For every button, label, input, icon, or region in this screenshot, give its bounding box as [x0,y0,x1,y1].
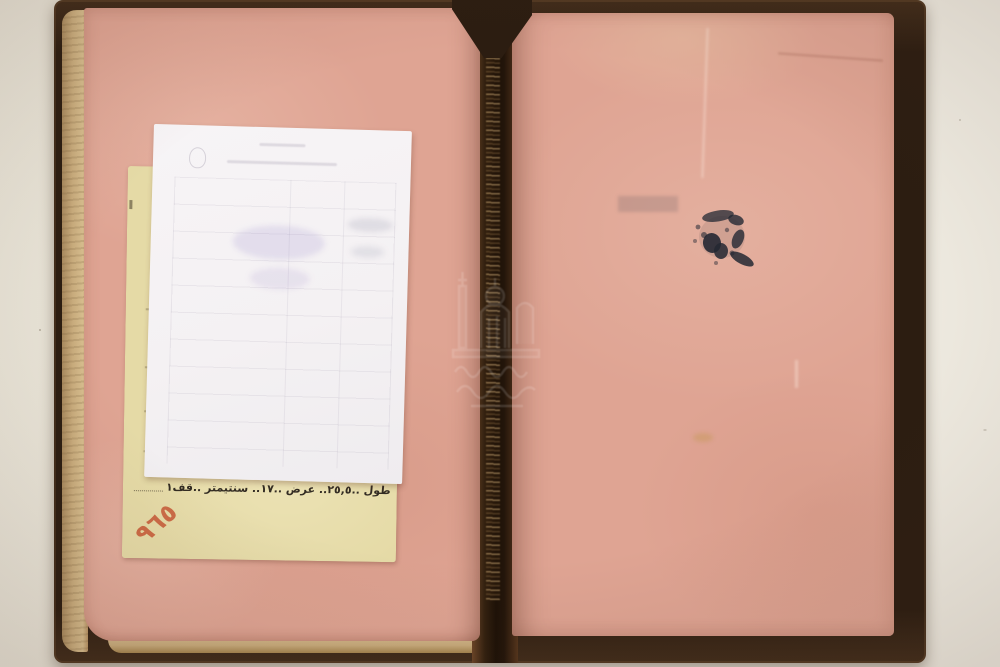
printed-form-paper [144,124,412,484]
dotted-leader [134,490,163,491]
measurement-note: طول ..٢٥,٥.. عرض ..١٧.. سنتيمتر ..قف١ [166,481,392,499]
ink-offset-ghost [618,196,678,212]
card-edge-mark [129,200,132,209]
library-watermark-icon [447,260,547,412]
form-emblem-icon [189,147,207,168]
photograph-open-book: طول ..٢٥,٥.. عرض ..١٧.. سنتيمتر ..قف١ ٩٦… [0,0,1000,667]
ink-stamp [680,195,765,280]
paper-scuff [795,360,798,388]
yellow-stain [693,433,713,442]
